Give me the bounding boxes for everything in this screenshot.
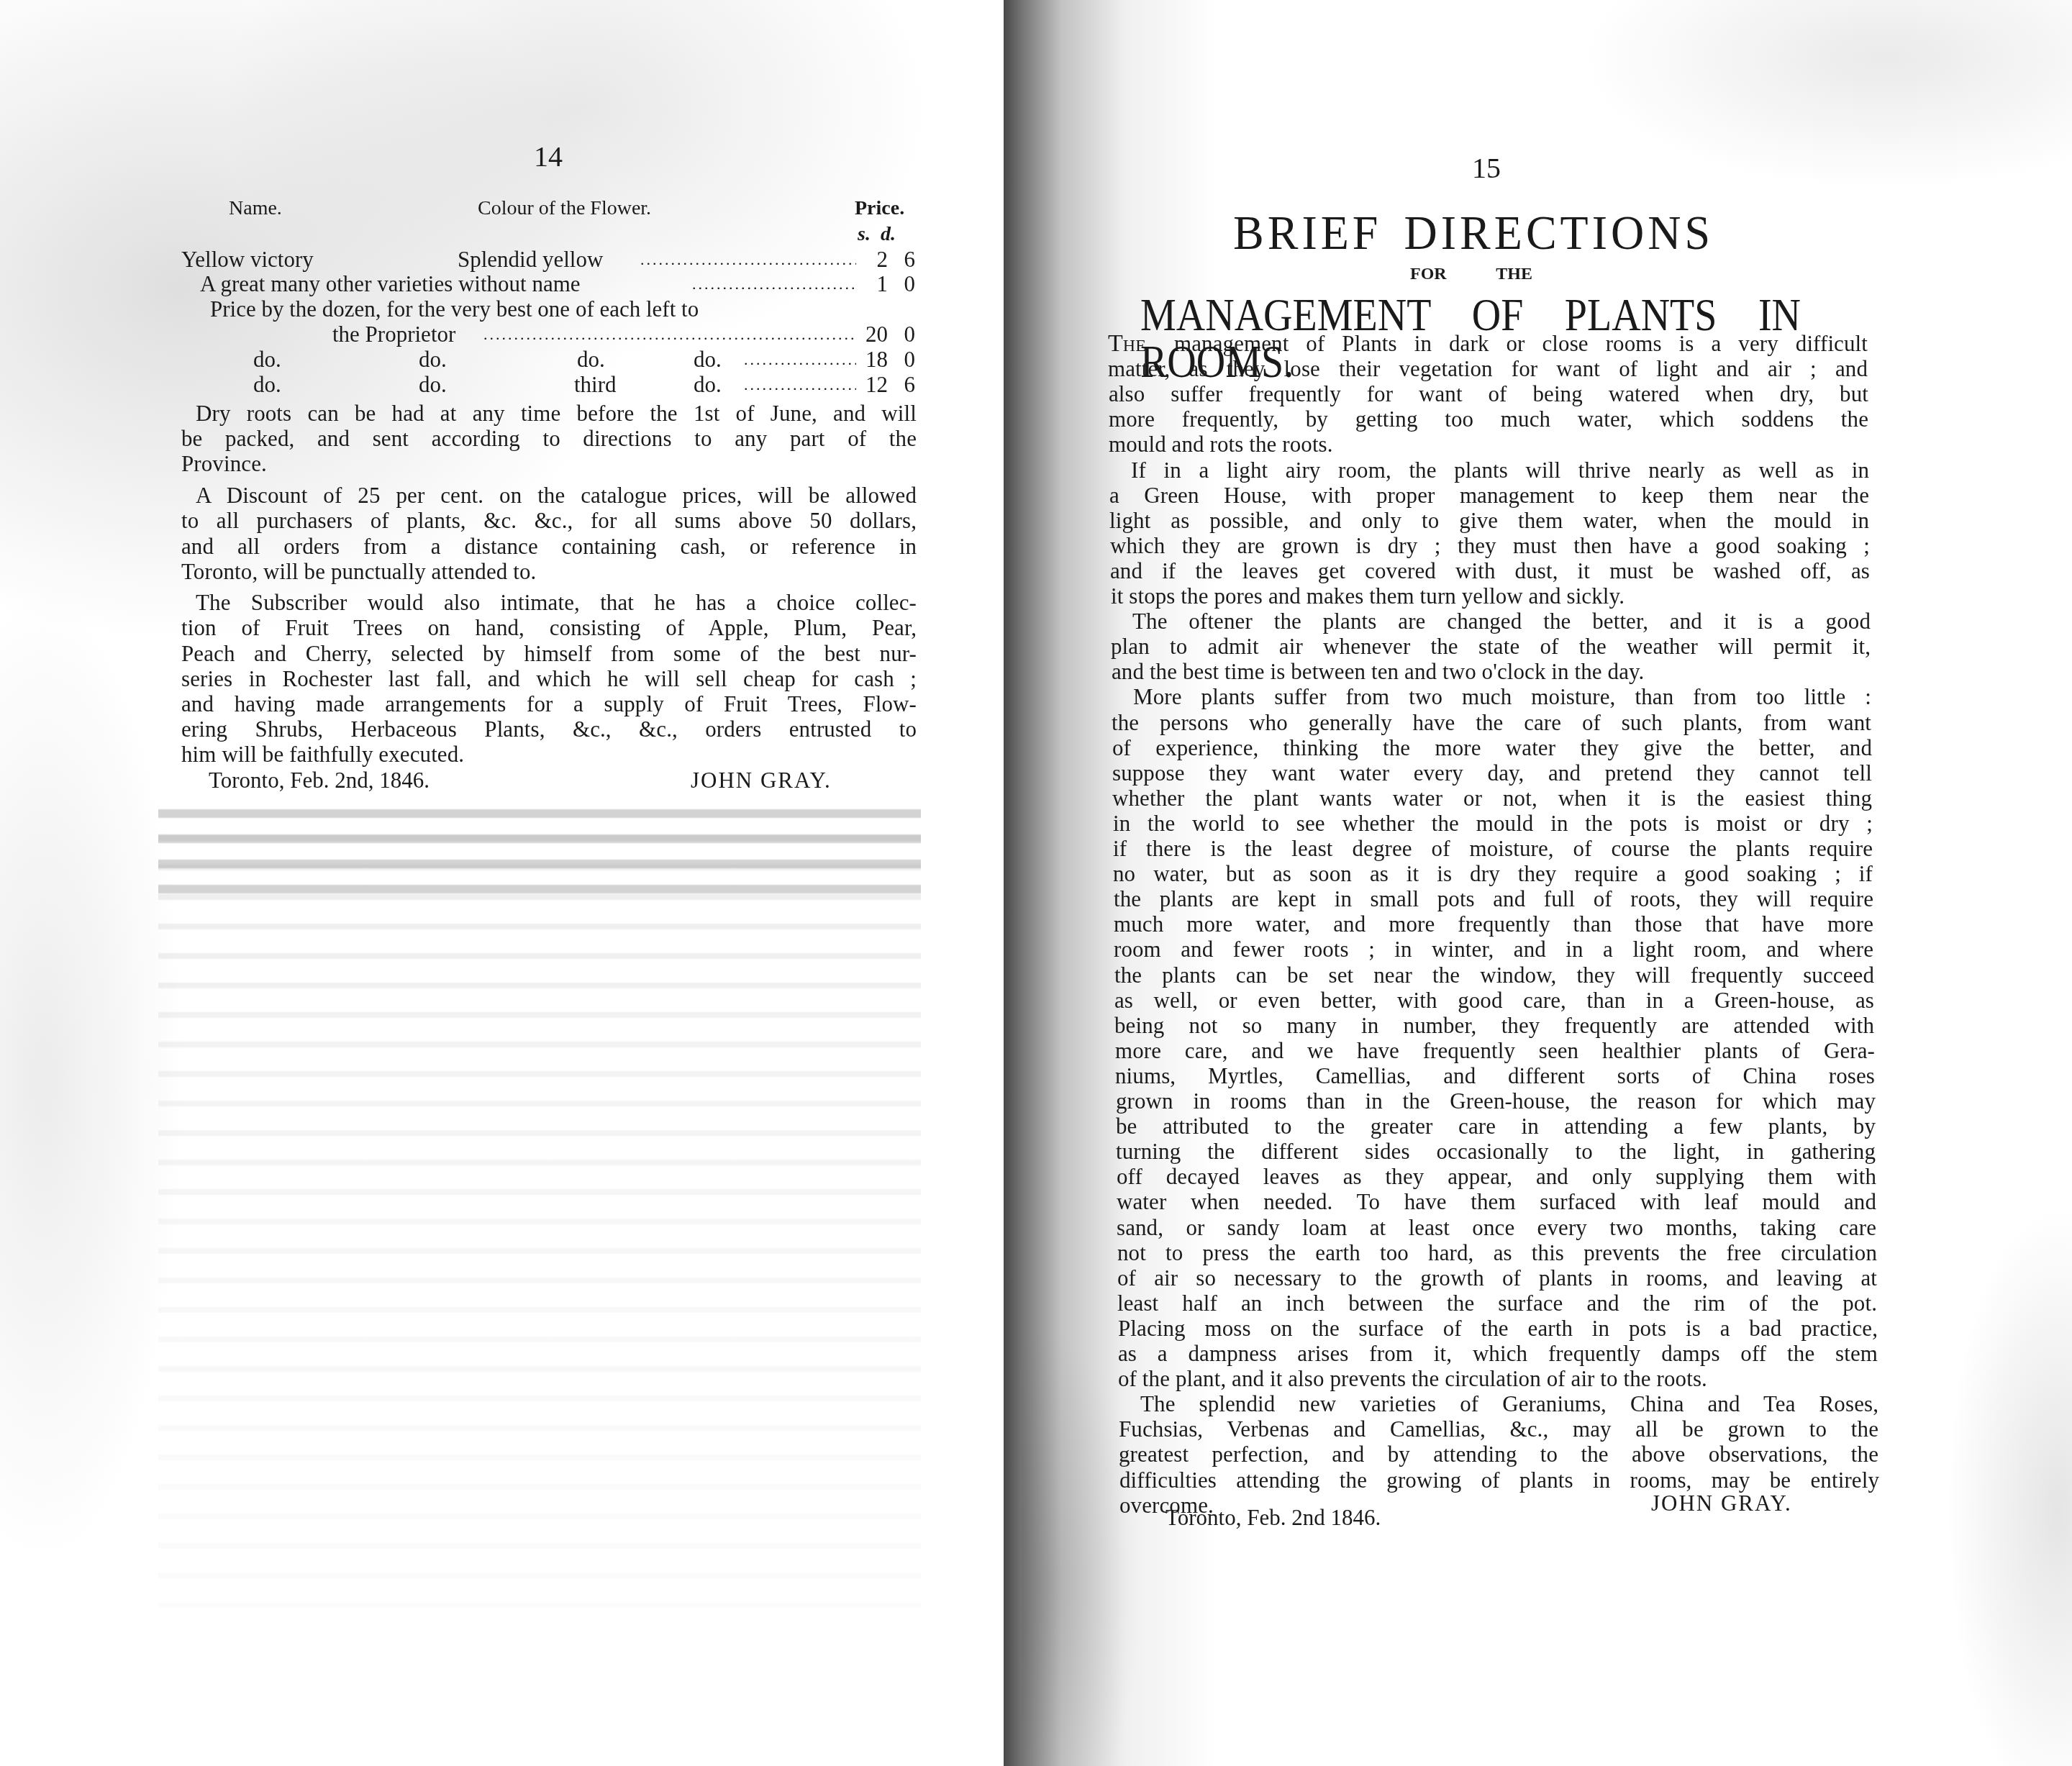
text-line: the plants can be set near the window, t… [1114,963,1874,988]
title-for-the: FOR THE [1410,265,1532,283]
text-line: of experience, thinking the more water t… [1112,736,1872,760]
text-line: light as possible, and only to give them… [1109,509,1869,533]
text-line: it stops the pores and makes them turn y… [1111,584,1625,609]
leader-dots: ...................... [744,373,856,397]
price-shillings: 18 [859,347,888,372]
text-line: be packed, and sent according to directi… [181,427,917,451]
text-line: Province. [181,452,267,476]
text-line: niums, Myrtles, Camellias, and different… [1115,1064,1875,1088]
text-line: and having made arrangements for a suppl… [181,692,917,716]
text-line: if there is the least degree of moisture… [1113,837,1873,861]
text-line: turning the different sides occasionally… [1116,1139,1876,1164]
price-pence: 6 [898,373,915,397]
leader-dots: ........................................ [640,247,856,272]
price-shillings: 2 [859,247,888,272]
table-row: A great many other varieties without nam… [181,272,917,296]
price-pence: 0 [898,322,915,347]
text-line: Dry roots can be had at any time before … [196,401,917,426]
price-shillings: 20 [859,322,888,347]
signature-name: JOHN GRAY. [691,768,832,793]
text-line: being not so many in number, they freque… [1114,1014,1874,1038]
text-line: to all purchasers of plants, &c. &c., fo… [181,509,917,533]
text-line: and if the leaves get covered with dust,… [1110,559,1870,583]
text-line: More plants suffer from two much moistur… [1133,685,1871,709]
text-line: grown in rooms than in the Green-house, … [1116,1089,1876,1114]
table-row: do. do. third do. ......................… [181,373,917,397]
ditto-cell: do. [694,347,722,372]
text-line: A Discount of 25 per cent. on the catalo… [196,483,917,508]
text-line: more frequently, by getting too much wat… [1109,407,1868,432]
text-line: which they are grown is dry ; they must … [1110,534,1870,558]
price-shillings: 1 [859,272,888,296]
text-line: and all orders from a distance containin… [181,534,917,559]
text-line: series in Rochester last fall, and which… [181,667,917,691]
text-line: of air so necessary to the growth of pla… [1117,1266,1877,1291]
flower-name: the Proprietor [332,322,455,347]
flower-name: Yellow victory [181,247,314,272]
text-line: mould and rots the roots. [1109,432,1333,457]
text-line: ering Shrubs, Herbaceous Plants, &c., &c… [181,717,917,742]
ditto-cell: do. [577,347,605,372]
flower-name: Price by the dozen, for the very best on… [210,297,699,322]
signature-place-date: Toronto, Feb. 2nd 1846. [1165,1506,1381,1530]
text-line: Fuchsias, Verbenas and Camellias, &c., m… [1119,1417,1878,1442]
price-shillings: 12 [859,373,888,397]
signature-name: JOHN GRAY. [1651,1491,1792,1516]
text-line: in the world to see whether the mould in… [1113,811,1873,836]
table-row: do. do. do. do. ...................... 1… [181,347,917,372]
text-line: be attributed to the greater care in att… [1116,1114,1876,1139]
text-line: whether the plant wants water or not, wh… [1112,786,1872,811]
text-line: Peach and Cherry, selected by himself fr… [181,642,917,666]
text-line: sand, or sandy loam at least once every … [1117,1216,1876,1240]
text-line: Toronto, will be punctually attended to. [181,560,536,584]
page-number: 15 [1472,154,1501,183]
column-header-name: Name. [229,197,282,220]
text-line: also suffer frequently for want of being… [1109,382,1868,406]
price-pence: 0 [898,272,915,296]
text-line: the plants are kept in small pots and fu… [1114,887,1873,911]
ditto-cell: do. [419,347,447,372]
leader-dots: ...................... [744,347,856,372]
ditto-cell: third [574,373,617,397]
price-pence: 6 [898,247,915,272]
text-line: room and fewer roots ; in winter, and in… [1114,937,1873,962]
page-number: 14 [534,142,563,171]
text-line: not to press the earth too hard, as this… [1117,1241,1877,1265]
text-line: more care, and we have frequently seen h… [1115,1039,1875,1063]
text-line: suppose they want water every day, and p… [1112,761,1872,786]
flower-name: A great many other varieties without nam… [200,272,581,296]
text-line: The oftener the plants are changed the b… [1132,609,1871,634]
text-line: If in a light airy room, the plants will… [1131,458,1869,483]
text-line: matter, as they lose their vegetation fo… [1108,357,1868,381]
table-row: the Proprietor .........................… [181,322,917,347]
text-line: The splendid new varieties of Geraniums,… [1140,1392,1878,1416]
text-line: a Green House, with proper management to… [1109,483,1869,508]
text-line: off decayed leaves as they appear, and o… [1117,1165,1876,1189]
column-header-colour: Colour of the Flower. [478,197,651,220]
text-line: plan to admit air whenever the state of … [1111,634,1871,659]
lead-word: The [1108,332,1146,356]
text-line-first: management of Plants in dark or close ro… [1174,332,1868,356]
text-line: and the best time is between ten and two… [1112,660,1644,684]
flower-colour: Splendid yellow [458,247,603,272]
ditto-cell: do. [419,373,447,397]
text-line: greatest perfection, and by attending to… [1119,1442,1878,1467]
leader-dots: .............................. [692,272,856,296]
price-pence: 0 [898,347,915,372]
text-line: water when needed. To have them surfaced… [1117,1190,1876,1214]
text-line: as well, or even better, with good care,… [1114,988,1874,1013]
text-line: him will be faithfully executed. [181,742,464,767]
table-row: Yellow victory Splendid yellow .........… [181,247,917,272]
left-page: 14 Name. Colour of the Flower. Price. s.… [0,0,1007,1766]
text-line: of the plant, and it also prevents the c… [1118,1367,1707,1391]
text-line: Placing moss on the surface of the earth… [1118,1316,1878,1341]
leader-dots: ........................................… [483,322,856,347]
signature-place-date: Toronto, Feb. 2nd, 1846. [209,768,430,793]
ditto-cell: do. [253,347,281,372]
text-line: as a dampness arises from it, which freq… [1118,1342,1878,1366]
title-brief-directions: BRIEF DIRECTIONS [1233,209,1714,257]
text-line: the persons who generally have the care … [1112,711,1871,735]
ditto-cell: do. [253,373,281,397]
ditto-cell: do. [694,373,722,397]
price-units: s. d. [858,223,896,246]
column-header-price: Price. [855,197,904,220]
table-row: Price by the dozen, for the very best on… [181,297,917,322]
text-line: tion of Fruit Trees on hand, consisting … [181,616,917,640]
text-line: much more water, and more frequently tha… [1114,912,1873,937]
text-line: least half an inch between the surface a… [1117,1291,1877,1316]
text-line: no water, but as soon as it is dry they … [1113,862,1873,886]
text-line: The Subscriber would also intimate, that… [196,591,917,615]
text-line: difficulties attending the growing of pl… [1119,1468,1879,1493]
